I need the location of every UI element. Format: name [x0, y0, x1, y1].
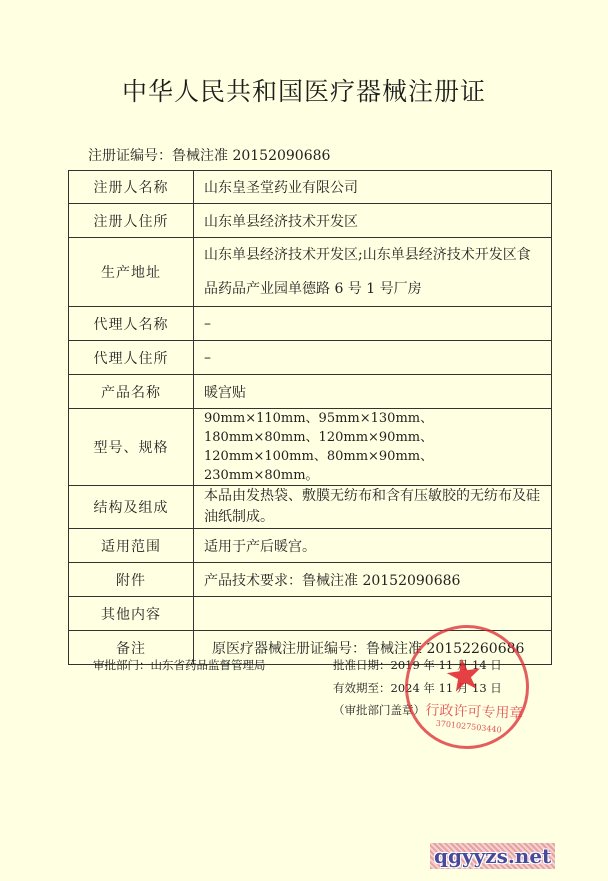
row-label: 适用范围 [69, 529, 194, 563]
certificate-table: 注册人名称 山东皇圣堂药业有限公司 注册人住所 山东单县经济技术开发区 生产地址… [68, 170, 552, 665]
row-label: 结构及组成 [69, 486, 194, 529]
table-row: 型号、规格 90mm×110mm、95mm×130mm、180mm×80mm、1… [69, 409, 552, 486]
row-label: 型号、规格 [69, 409, 194, 486]
row-value: 山东单县经济技术开发区 [194, 204, 552, 238]
row-label: 注册人住所 [69, 204, 194, 238]
row-label: 生产地址 [69, 238, 194, 307]
row-value: 本品由发热袋、敷膜无纺布和含有压敏胶的无纺布及硅油纸制成。 [194, 486, 552, 529]
table-row: 代理人住所 – [69, 341, 552, 375]
registration-number: 注册证编号：鲁械注准 20152090686 [88, 145, 330, 165]
table-row: 生产地址 山东单县经济技术开发区;山东单县经济技术开发区食品药品产业园单德路 6… [69, 238, 552, 307]
row-value [194, 597, 552, 631]
approval-department: 审批部门：山东省药品监督管理局 [93, 657, 266, 673]
row-label: 注册人名称 [69, 171, 194, 204]
row-value: 暖宫贴 [194, 375, 552, 409]
row-value: – [194, 307, 552, 341]
row-value: – [194, 341, 552, 375]
row-label: 代理人名称 [69, 307, 194, 341]
star-icon: ★ [442, 652, 487, 701]
table-row: 注册人住所 山东单县经济技术开发区 [69, 204, 552, 238]
row-label: 产品名称 [69, 375, 194, 409]
row-value: 山东皇圣堂药业有限公司 [194, 171, 552, 204]
row-value: 适用于产后暖宫。 [194, 529, 552, 563]
table-row: 注册人名称 山东皇圣堂药业有限公司 [69, 171, 552, 204]
watermark: qgyyzs.net [430, 843, 555, 869]
document-title: 中华人民共和国医疗器械注册证 [0, 72, 608, 108]
table-row: 代理人名称 – [69, 307, 552, 341]
table-row: 附件 产品技术要求：鲁械注准 20152090686 [69, 563, 552, 597]
row-label: 附件 [69, 563, 194, 597]
table-row: 结构及组成 本品由发热袋、敷膜无纺布和含有压敏胶的无纺布及硅油纸制成。 [69, 486, 552, 529]
row-value: 90mm×110mm、95mm×130mm、180mm×80mm、120mm×9… [194, 409, 552, 486]
row-value: 山东单县经济技术开发区;山东单县经济技术开发区食品药品产业园单德路 6 号 1 … [194, 238, 552, 307]
table-row: 产品名称 暖宫贴 [69, 375, 552, 409]
table-row: 适用范围 适用于产后暖宫。 [69, 529, 552, 563]
row-label: 其他内容 [69, 597, 194, 631]
row-label: 代理人住所 [69, 341, 194, 375]
row-value: 产品技术要求：鲁械注准 20152090686 [194, 563, 552, 597]
